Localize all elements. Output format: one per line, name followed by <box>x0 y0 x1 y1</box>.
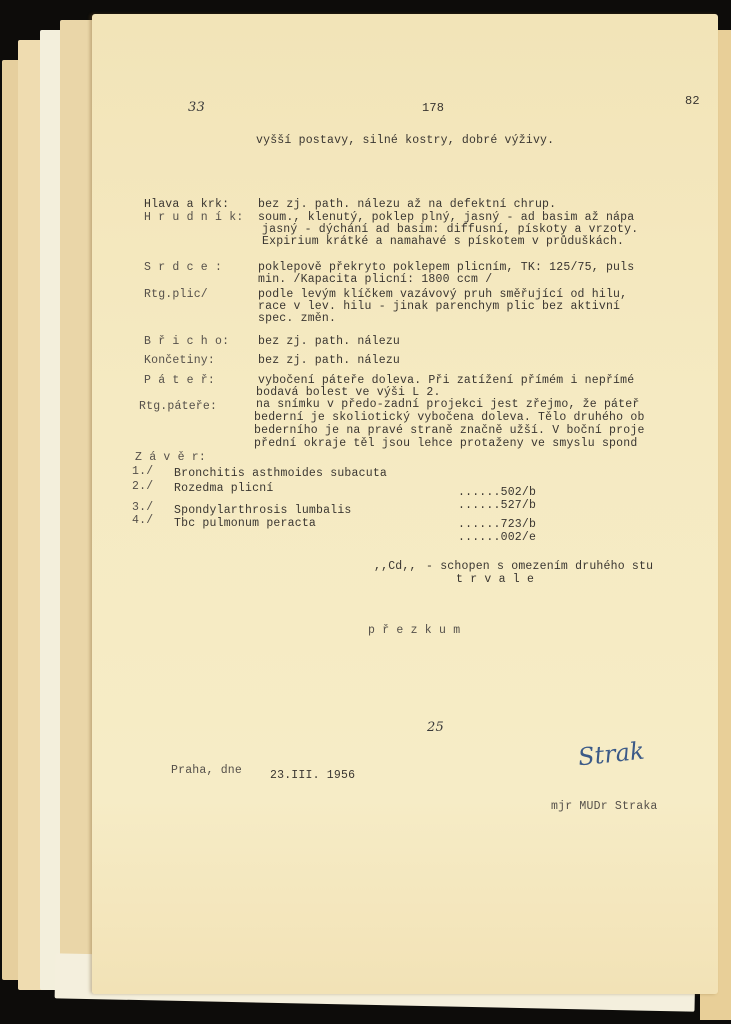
section-text: Expirium krátké a namahavé s pískotem v … <box>262 235 624 248</box>
section-text: spec. změn. <box>258 312 336 325</box>
intro-line: vyšší postavy, silné kostry, dobré výživ… <box>256 134 554 147</box>
section-text: bederní je skoliotický vybočena doleva. … <box>254 411 645 424</box>
signatory: mjr MUDr Straka <box>551 800 658 813</box>
diagnosis-name: Bronchitis asthmoides subacuta <box>174 467 387 480</box>
place: Praha, dne <box>171 764 242 777</box>
section-label-heart: S r d c e : <box>144 261 222 274</box>
page-number-left: 33 <box>188 100 205 115</box>
diagnosis-name: Rozedma plicní <box>174 482 273 495</box>
diagnosis-number: 2./ <box>132 480 153 493</box>
handwritten-number: 25 <box>427 720 444 735</box>
classification-duration: t r v a l e <box>456 573 534 586</box>
page-number-center: 178 <box>422 101 444 115</box>
section-label-lung-xray: Rtg.plic/ <box>144 288 208 301</box>
section-label-limbs: Končetiny: <box>144 354 215 367</box>
section-text: bez zj. path. nálezu <box>258 335 400 348</box>
diagnosis-name: Spondylarthrosis lumbalis <box>174 504 352 517</box>
date: 23.III. 1956 <box>270 769 355 782</box>
section-label-spine-xray: Rtg.páteře: <box>139 400 217 413</box>
diagnosis-number: 4./ <box>132 514 153 527</box>
section-label-abdomen: B ř i c h o: <box>144 335 229 348</box>
section-label-chest: H r u d n í k: <box>144 211 243 224</box>
diagnosis-code: ......723/b <box>458 518 536 531</box>
classification-code: ,,Cd,, <box>374 560 417 573</box>
section-text: bez zj. path. nálezu až na defektní chru… <box>258 198 556 211</box>
section-label-head: Hlava a krk: <box>144 198 229 211</box>
diagnosis-name: Tbc pulmonum peracta <box>174 517 316 530</box>
section-text: bez zj. path. nálezu <box>258 354 400 367</box>
section-text: na snímku v předo-zadní projekci jest zř… <box>256 398 639 411</box>
conclusion-label: Z á v ě r: <box>135 451 206 464</box>
diagnosis-code: ......527/b <box>458 499 536 512</box>
diagnosis-number: 3./ <box>132 501 153 514</box>
section-text: přední okraje těl jsou lehce protaženy v… <box>254 437 637 450</box>
section-text: min. /Kapacita plicní: 1800 ccm / <box>258 273 492 286</box>
diagnosis-code: ......502/b <box>458 486 536 499</box>
section-label-spine: P á t e ř: <box>144 374 215 387</box>
section-text: bederního je na pravé straně značně užší… <box>254 424 645 437</box>
diagnosis-number: 1./ <box>132 465 153 478</box>
classification-text: - schopen s omezením druhého stu <box>426 560 653 573</box>
diagnosis-code: ......002/e <box>458 531 536 544</box>
review-note: p ř e z k u m <box>368 624 460 637</box>
page-number-right: 82 <box>685 94 700 108</box>
